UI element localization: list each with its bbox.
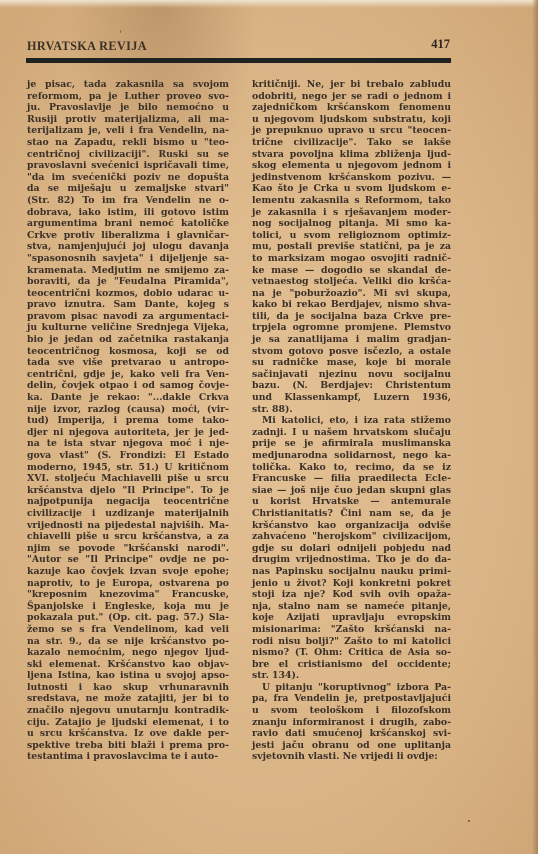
paper-speck (120, 30, 121, 33)
text-line: nog socijalnog pitanja. Mi smo ka- (252, 218, 451, 230)
text-line: kritičniji. Ne, jer bi trebalo zabludu (252, 79, 451, 91)
text-line: "Autor se "Il Principe" ovdje ne po- (27, 554, 229, 566)
text-line: to marksizam mogao osvojiti radnič- (252, 253, 451, 265)
page-number: 417 (431, 37, 450, 52)
text-line: pokazala put." (Op. cit. pag. 57.) Sla- (27, 612, 229, 624)
text-line: kako bi rekao Berdjajev, nismo shva- (252, 299, 451, 311)
text-line: tada sve više pretvarao u antropo- (27, 357, 229, 369)
header-rule (26, 58, 451, 63)
text-line: kršćanstva djelo "Il Principe". To je (27, 485, 229, 497)
text-line: gova vlast" (S. Frondizi: El Estado (27, 450, 229, 462)
text-line: stvara povoljna klima zbliženja ljud- (252, 149, 451, 161)
text-line: vrijednosti na pijedestal najviših. Ma- (27, 520, 229, 532)
text-line: ljena Istina, kao istina u svojoj apso- (27, 670, 229, 682)
text-line: u svom teološkom i filozofskom (252, 705, 451, 717)
text-line: ka. Dante je rekao: "...dakle Crkva (27, 392, 229, 404)
text-line: spektive treba biti blaži i prema pro- (27, 740, 229, 752)
text-line: gdje su dolari odnijeli pobjedu nad (252, 543, 451, 555)
text-line: misionarima: "Zašto kršćanski na- (252, 624, 451, 636)
text-line: je sa zanatlijama i malim gradjan- (252, 334, 451, 346)
text-line: jesti jaču obranu od one uplitanja (252, 740, 451, 752)
text-line: Rusiji protiv materijalizma, ali ma- (27, 114, 229, 126)
text-line: und Klassenkampf, Luzern 1936, (252, 392, 451, 404)
text-line: "kreposnim knezovima" Francuske, (27, 589, 229, 601)
text-line: XVI. stoljeću Machiavelli piše u srcu (27, 473, 229, 485)
text-line: stva, namjenjujući joj ulogu davanja (27, 241, 229, 253)
text-line: kazuje kao čovjek izvan svoje epohe; (27, 566, 229, 578)
text-line: pa, fra Vendelin je, pretpostavljajući (252, 693, 451, 705)
text-line: kršćanstvo kao organizacija odviše (252, 520, 451, 532)
text-line: sačinjavati njezinu novu socijalnu (252, 369, 451, 381)
text-line: Španjolske i Engleske, koja mu je (27, 601, 229, 613)
text-line: lementu zakasnila s Reformom, tako (252, 195, 451, 207)
text-line: jenio u život? Koji konkretni pokret (252, 578, 451, 590)
text-line: argumentima brani nemoć katoličke (27, 218, 229, 230)
text-line: stao na Zapadu, rekli bismo u "teo- (27, 137, 229, 149)
text-line: trične civilizacije". Tako se lakše (252, 137, 451, 149)
text-line: u njegovom ljudskom substratu, koji (252, 114, 451, 126)
text-line: prije se je afirmirala muslimanska (252, 438, 451, 450)
text-line: ski elemenat. Kršćanstvo kao objav- (27, 659, 229, 671)
text-line: odobriti, nego jer se radi o jednom i (252, 91, 451, 103)
text-line: pravo iznutra. Sam Dante, kojeg s (27, 299, 229, 311)
text-line: je prepuknuo upravo u srcu "teocen- (252, 125, 451, 137)
text-line: Mi katolici, eto, i iza rata stižemo (252, 415, 451, 427)
text-line: teocentričnog kosmosa, koji se od (27, 346, 229, 358)
text-line: pravoslavni svećenici ispričavali time, (27, 160, 229, 172)
text-line: teocentrični kozmos, dobio udarac u- (27, 288, 229, 300)
text-line: znanju informiranost i drugih, zabo- (252, 717, 451, 729)
text-line: skog elementa u njegovom jednom i (252, 160, 451, 172)
text-line: "da im svećenički poziv ne dopušta (27, 172, 229, 184)
paper-speck (468, 820, 470, 822)
text-line: tili, da je socijalna baza Crkve pre- (252, 311, 451, 323)
text-line: ju kulturne veličine Srednjega Vijeka, (27, 322, 229, 334)
text-line: mu, postali previše statični, pa je za (252, 241, 451, 253)
text-line: da se miješaju u zemaljske stvari" (27, 183, 229, 195)
text-line: reformom, pa je Luther proveo svo- (27, 91, 229, 103)
text-line: na str. 9., da se nije kršćanstvo po- (27, 636, 229, 648)
text-line: je pisac, tada zakasnila sa svojom (27, 79, 229, 91)
text-line: centričnoj civilizaciji". Ruski su se (27, 149, 229, 161)
text-line: ciju. Zatajio je ljudski elemenat, i to (27, 717, 229, 729)
text-line: Christianitatis? Čini nam se, da je (252, 508, 451, 520)
text-line: Crkve protiv liberalizma i glavničar- (27, 230, 229, 242)
text-line: stoji iza nje? Kod svih ovih opaža- (252, 589, 451, 601)
text-line: djer ni njegova autoriteta, jer je jed- (27, 427, 229, 439)
text-line: delin, čovjek otpao i od samog čovje- (27, 380, 229, 392)
page-top-edge (0, 0, 538, 8)
text-line: (Str. 82) To im fra Vendelin ne o- (27, 195, 229, 207)
text-line: lutnosti i kao skup vrhunaravnih (27, 682, 229, 694)
text-line: jedinstvenom kršćanskom pozivu. — (252, 172, 451, 184)
right-text-column: kritičniji. Ne, jer bi trebalo zabluduod… (252, 79, 451, 763)
text-line: nja, stalno nam se nameće pitanje, (252, 601, 451, 613)
text-line: tolička. Kako to, recimo, da se iz (252, 462, 451, 474)
text-line: koje Azijati upravljaju evropskim (252, 612, 451, 624)
text-line: na je "poburžoazio". Mi svi skupa, (252, 288, 451, 300)
left-text-column: je pisac, tada zakasnila sa svojomreform… (27, 79, 229, 763)
text-line: centrični, gdje je, kako veli fra Ven- (27, 369, 229, 381)
text-line: pravom pisac navodi za argumentaci- (27, 311, 229, 323)
text-line: boraviti, da je "Feudalna Piramida", (27, 276, 229, 288)
text-line: medjunarodna solidarnost, nego ka- (252, 450, 451, 462)
text-line: Francuske — filia praedilecta Ecle- (252, 473, 451, 485)
text-line: zahvaćeno "herojskom" civilizacijom, (252, 531, 451, 543)
text-line: bazu. (N. Berdjajev: Christentum (252, 380, 451, 392)
text-line: su radničke mase, koje bi morale (252, 357, 451, 369)
text-line: drugim vrijednostima. Tko je do da- (252, 554, 451, 566)
text-line: terijalizam je, veli i fra Vendelin, na- (27, 125, 229, 137)
text-line: žemo se s fra Vendelinom, kad veli (27, 624, 229, 636)
text-line: rodi nisu bolji?" Zašto to mi katolici (252, 636, 451, 648)
text-line: vetnaestog stoljeća. Veliki dio kršća- (252, 276, 451, 288)
text-line: zadnji. I u našem hrvatskom slučaju (252, 427, 451, 439)
text-line: najpotpunija negacija teocentrične (27, 496, 229, 508)
text-line: značilo njegovu unutarnju kontradik- (27, 705, 229, 717)
text-line: sredstava, ne može zatajiti, jer bi to (27, 693, 229, 705)
text-line: svjetovnih vlasti. Ne vrijedi li ovdje: (252, 751, 451, 763)
text-line: kazalo nemoćnim, nego njegov ljud- (27, 647, 229, 659)
text-line: ke mase — dogodio se skandal de- (252, 265, 451, 277)
text-line: tolici, u svom religioznom optimiz- (252, 230, 451, 242)
text-line: "spasonosnih savjeta" i dijeljenje sa- (27, 253, 229, 265)
text-line: je zakasnila i s rješavanjem moder- (252, 207, 451, 219)
text-line: trpjela ogromne promjene. Plemstvo (252, 322, 451, 334)
page-right-edge (532, 0, 538, 854)
text-line: tud) Imperija, i prema tome tako- (27, 415, 229, 427)
text-line: kramenata. Medjutim ne smijemo za- (27, 265, 229, 277)
text-line: nismo? (T. Ohm: Critica de Asia so- (252, 647, 451, 659)
text-line: str. 134). (252, 670, 451, 682)
text-line: u korist Hrvatske — antemurale (252, 496, 451, 508)
text-line: testantima i pravoslavcima te i auto- (27, 751, 229, 763)
text-line: moderno, 1945, str. 51.) U kritičnom (27, 462, 229, 474)
running-header: HRVATSKA REVIJA 417 (27, 39, 450, 55)
text-line: bio je jedan od začetnika rastakanja (27, 334, 229, 346)
text-line: str. 88). (252, 404, 451, 416)
text-line: ju. Pravoslavlje je bilo nemoćno u (27, 102, 229, 114)
text-line: njim se povode "kršćanski narodi". (27, 543, 229, 555)
text-line: nas Papinsku socijalnu nauku primi- (252, 566, 451, 578)
text-line: ravio dati smućenoj kršćanskoj svi- (252, 728, 451, 740)
text-line: naprotiv, to je Europa, ostvarena po (27, 578, 229, 590)
text-line: siae — još nije čuo jedan skupni glas (252, 485, 451, 497)
text-line: Kao što je Crka u svom ljudskom e- (252, 183, 451, 195)
text-line: chiavelli piše u srcu kršćanstva, a za (27, 531, 229, 543)
text-line: U pitanju "koruptivnog" izbora Pa- (252, 682, 451, 694)
text-line: civilizacije i uzdizanje materijalnih (27, 508, 229, 520)
journal-title: HRVATSKA REVIJA (27, 39, 147, 54)
text-line: dobrava, iako istim, ili gotovo istim (27, 207, 229, 219)
text-line: nije izvor, razlog (causa) moći, (vir- (27, 404, 229, 416)
text-line: zajedničkom kršćanskom fenomenu (252, 102, 451, 114)
text-line: na te ista stvar njegova moć i nje- (27, 438, 229, 450)
text-line: bre el cristianismo del occidente; (252, 659, 451, 671)
text-line: stvom gotovo posve isčezlo, a ostale (252, 346, 451, 358)
text-line: u srcu kršćanstva. Iz ove dakle per- (27, 728, 229, 740)
